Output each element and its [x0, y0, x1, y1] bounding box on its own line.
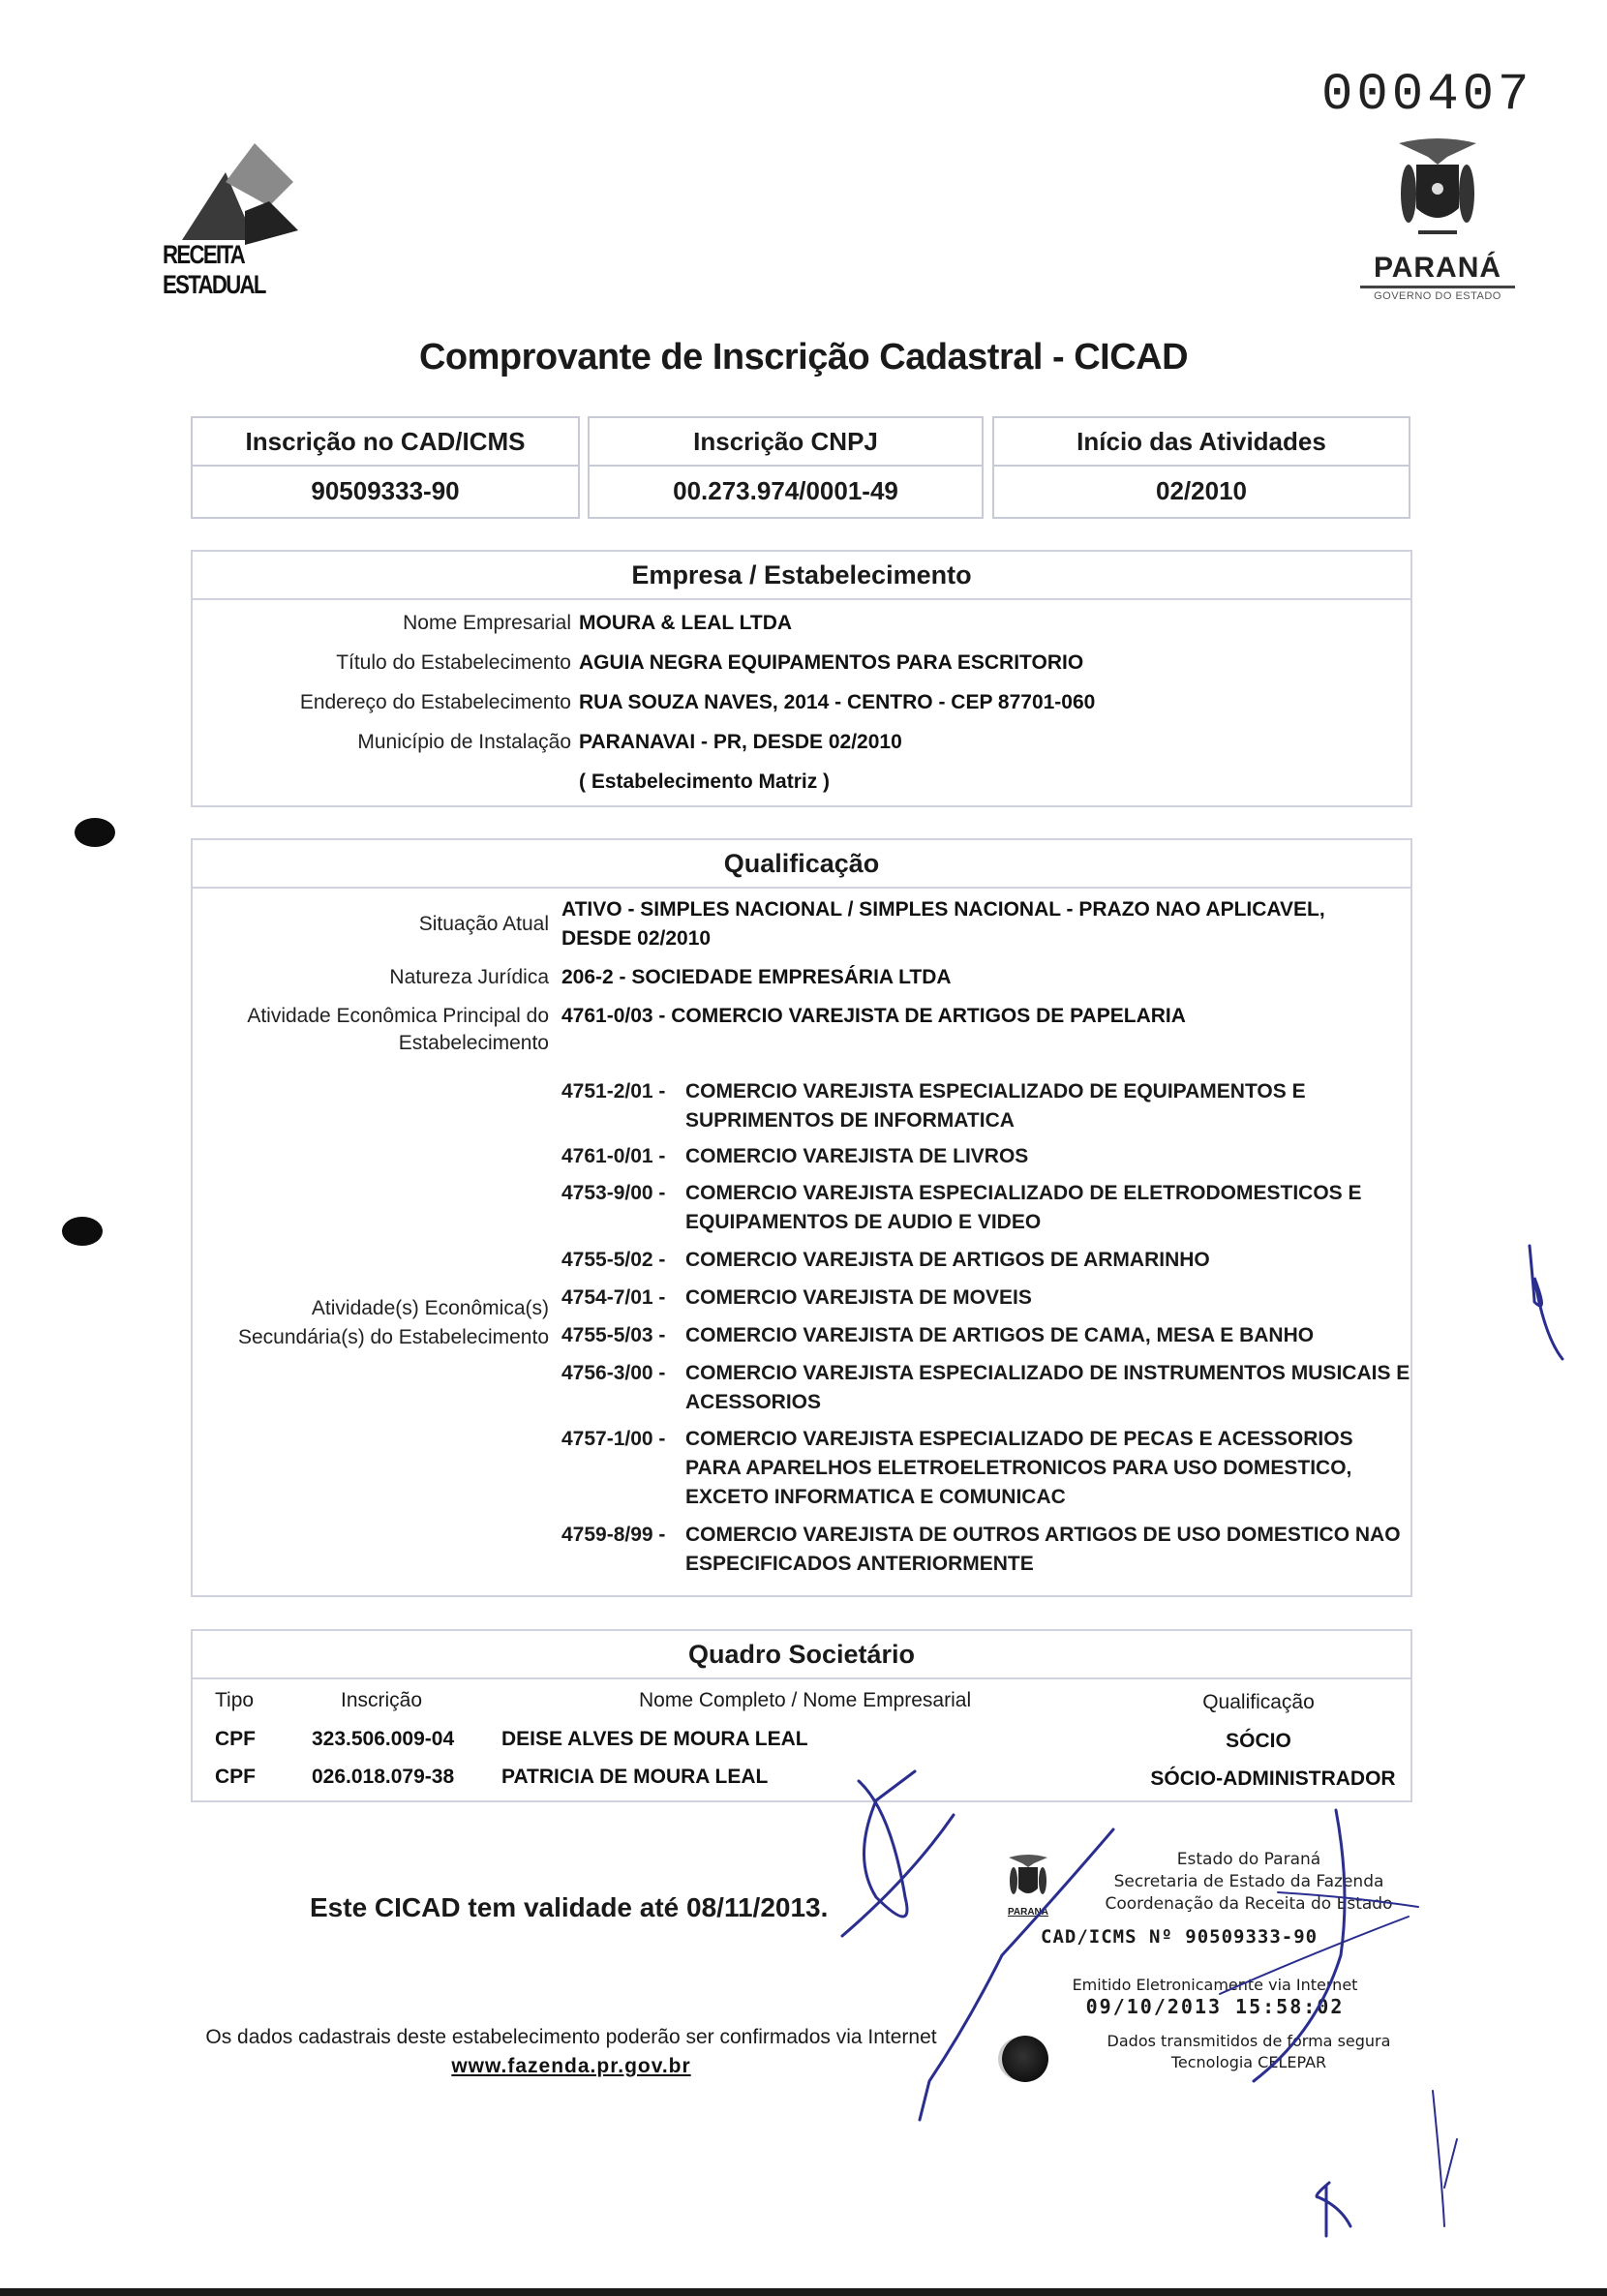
activity-code: 4755-5/03 -	[561, 1321, 665, 1350]
validity-notice: Este CICAD tem validade até 08/11/2013.	[310, 1892, 828, 1923]
celepar-seal-icon	[1002, 2036, 1048, 2082]
cell-nome: PATRICIA DE MOURA LEAL	[501, 1766, 768, 1789]
atividade-secundaria-item: 4757-1/00 - COMERCIO VAREJISTA ESPECIALI…	[561, 1425, 1413, 1512]
atividade-secundaria-item: 4761-0/01 - COMERCIO VAREJISTA DE LIVROS	[561, 1142, 1413, 1171]
confirmation-text: Os dados cadastrais deste estabeleciment…	[205, 2026, 936, 2048]
atividade-principal-label-2: Estabelecimento	[194, 1032, 549, 1055]
field-value-municipio: PARANAVAI - PR, DESDE 02/2010	[579, 731, 902, 754]
stamp-celepar-line: Tecnologia CELEPAR	[1084, 2052, 1413, 2073]
activity-description: COMERCIO VAREJISTA ESPECIALIZADO DE EQUI…	[685, 1077, 1411, 1135]
summary-box-cnpj: Inscrição CNPJ 00.273.974/0001-49	[588, 416, 984, 519]
natureza-value: 206-2 - SOCIEDADE EMPRESÁRIA LTDA	[561, 966, 952, 989]
stamp-datetime: 09/10/2013 15:58:02	[1036, 1996, 1394, 2017]
situacao-label: Situação Atual	[194, 913, 549, 936]
column-header-inscricao: Inscrição	[341, 1689, 422, 1712]
scan-edge	[0, 2288, 1607, 2296]
field-value-nome-empresarial: MOURA & LEAL LTDA	[579, 612, 792, 635]
atividade-secundaria-item: 4755-5/03 - COMERCIO VAREJISTA DE ARTIGO…	[561, 1321, 1413, 1350]
summary-box-inicio: Início das Atividades 02/2010	[992, 416, 1410, 519]
column-header-nome: Nome Completo / Nome Empresarial	[639, 1689, 971, 1712]
fazenda-link[interactable]: www.fazenda.pr.gov.br	[451, 2055, 690, 2077]
cell-nome: DEISE ALVES DE MOURA LEAL	[501, 1728, 808, 1751]
receita-estadual-label: RECEITA ESTADUAL	[163, 240, 337, 300]
estabelecimento-tipo: ( Estabelecimento Matriz )	[579, 770, 830, 794]
cell-qualificacao: SÓCIO-ADMINISTRADOR	[1142, 1767, 1404, 1791]
stamp-secure-line: Dados transmitidos de forma segura	[1084, 2031, 1413, 2052]
atividade-secundaria-item: 4755-5/02 - COMERCIO VAREJISTA DE ARTIGO…	[561, 1246, 1413, 1275]
atividade-secundaria-item: 4759-8/99 - COMERCIO VAREJISTA DE OUTROS…	[561, 1521, 1413, 1579]
margin-initial-stroke	[1530, 1246, 1562, 1359]
page-mark-stroke	[1317, 2183, 1350, 2236]
stamp-header: Estado do Paraná Secretaria de Estado da…	[1084, 1849, 1413, 1916]
atividade-secundaria-item: 4753-9/00 - COMERCIO VAREJISTA ESPECIALI…	[561, 1179, 1413, 1237]
receita-estadual-logo: RECEITA ESTADUAL	[163, 143, 376, 269]
atividades-secundarias-label-2: Secundária(s) do Estabelecimento	[194, 1326, 549, 1349]
activity-description: COMERCIO VAREJISTA DE OUTROS ARTIGOS DE …	[685, 1521, 1411, 1579]
activity-code: 4759-8/99 -	[561, 1521, 665, 1550]
cell-tipo: CPF	[215, 1766, 256, 1789]
stamp-line-secretaria: Secretaria de Estado da Fazenda	[1084, 1871, 1413, 1893]
activity-code: 4753-9/00 -	[561, 1179, 665, 1208]
page-title: Comprovante de Inscrição Cadastral - CIC…	[0, 337, 1607, 378]
coat-of-arms-icon	[1007, 1854, 1049, 1902]
qualificacao-heading: Qualificação	[193, 840, 1410, 889]
stamp-line-estado: Estado do Paraná	[1084, 1849, 1413, 1871]
page-mark: 4	[1323, 2183, 1324, 2184]
parana-government-logo: PARANÁ GOVERNO DO ESTADO	[1360, 136, 1515, 302]
atividade-secundaria-item: 4756-3/00 - COMERCIO VAREJISTA ESPECIALI…	[561, 1359, 1413, 1417]
column-header-qualificacao: Qualificação	[1181, 1691, 1336, 1714]
activity-description: COMERCIO VAREJISTA ESPECIALIZADO DE ELET…	[685, 1179, 1411, 1237]
stamp-secure-note: Dados transmitidos de forma segura Tecno…	[1084, 2031, 1413, 2073]
activity-code: 4756-3/00 -	[561, 1359, 665, 1388]
cell-qualificacao: SÓCIO	[1162, 1730, 1355, 1753]
binder-hole	[75, 818, 115, 847]
activity-code: 4761-0/01 -	[561, 1142, 665, 1171]
empresa-heading: Empresa / Estabelecimento	[193, 552, 1410, 600]
stamp-line-coordenacao: Coordenação da Receita do Estado	[1084, 1893, 1413, 1916]
parana-logo-name: PARANÁ	[1360, 252, 1515, 288]
activity-code: 4754-7/01 -	[561, 1284, 665, 1313]
summary-label: Inscrição no CAD/ICMS	[193, 418, 578, 467]
stamp-emission: Emitido Eletronicamente via Internet 09/…	[1036, 1975, 1394, 2017]
cell-inscricao: 026.018.079-38	[312, 1766, 454, 1789]
activity-description: COMERCIO VAREJISTA DE ARTIGOS DE CAMA, M…	[685, 1321, 1411, 1350]
summary-value: 90509333-90	[193, 467, 578, 515]
document-number: 000407	[1321, 66, 1532, 125]
summary-label: Inscrição CNPJ	[590, 418, 982, 467]
binder-hole	[62, 1217, 103, 1246]
coat-of-arms-icon	[1389, 136, 1486, 247]
activity-code: 4757-1/00 -	[561, 1425, 665, 1454]
atividade-principal-label: Atividade Econômica Principal do	[194, 1005, 549, 1028]
atividade-principal-value: 4761-0/03 - COMERCIO VAREJISTA DE ARTIGO…	[561, 1005, 1186, 1028]
field-label: Título do Estabelecimento	[194, 651, 571, 675]
stamp-cad-number: CAD/ICMS Nº 90509333-90	[1041, 1926, 1318, 1948]
atividade-secundaria-item: 4754-7/01 - COMERCIO VAREJISTA DE MOVEIS	[561, 1284, 1413, 1313]
stamp-coat-of-arms: PARANÁ	[997, 1854, 1059, 1918]
atividade-secundaria-item: 4751-2/01 - COMERCIO VAREJISTA ESPECIALI…	[561, 1077, 1413, 1135]
parana-logo-subtitle: GOVERNO DO ESTADO	[1360, 290, 1515, 302]
atividades-secundarias-label: Atividade(s) Econômica(s)	[194, 1297, 549, 1320]
situacao-value-line2: DESDE 02/2010	[561, 927, 711, 951]
triangles-logo-icon	[172, 143, 347, 250]
activity-description: COMERCIO VAREJISTA DE MOVEIS	[685, 1284, 1411, 1313]
summary-value: 02/2010	[994, 467, 1409, 515]
field-label: Endereço do Estabelecimento	[194, 691, 571, 714]
summary-label: Início das Atividades	[994, 418, 1409, 467]
confirmation-note: Os dados cadastrais deste estabeleciment…	[203, 2023, 939, 2081]
column-header-tipo: Tipo	[215, 1689, 254, 1712]
summary-box-cad-icms: Inscrição no CAD/ICMS 90509333-90	[191, 416, 580, 519]
field-value-endereco: RUA SOUZA NAVES, 2014 - CENTRO - CEP 877…	[579, 691, 1095, 714]
quadro-heading: Quadro Societário	[193, 1631, 1410, 1679]
situacao-value-line1: ATIVO - SIMPLES NACIONAL / SIMPLES NACIO…	[561, 898, 1325, 921]
activity-code: 4751-2/01 -	[561, 1077, 665, 1106]
field-value-titulo: AGUIA NEGRA EQUIPAMENTOS PARA ESCRITORIO	[579, 651, 1083, 675]
activity-description: COMERCIO VAREJISTA ESPECIALIZADO DE INST…	[685, 1359, 1411, 1417]
empresa-panel: Empresa / Estabelecimento	[191, 550, 1412, 807]
activity-description: COMERCIO VAREJISTA DE ARTIGOS DE ARMARIN…	[685, 1246, 1411, 1275]
stamp-coat-label: PARANÁ	[997, 1907, 1059, 1918]
cell-inscricao: 323.506.009-04	[312, 1728, 454, 1751]
activity-code: 4755-5/02 -	[561, 1246, 665, 1275]
cell-tipo: CPF	[215, 1728, 256, 1751]
natureza-label: Natureza Jurídica	[194, 966, 549, 989]
field-label: Nome Empresarial	[194, 612, 571, 635]
activity-description: COMERCIO VAREJISTA ESPECIALIZADO DE PECA…	[685, 1425, 1411, 1512]
summary-value: 00.273.974/0001-49	[590, 467, 982, 515]
field-label: Município de Instalação	[194, 731, 571, 754]
stamp-emitted-label: Emitido Eletronicamente via Internet	[1036, 1975, 1394, 1996]
activity-description: COMERCIO VAREJISTA DE LIVROS	[685, 1142, 1411, 1171]
